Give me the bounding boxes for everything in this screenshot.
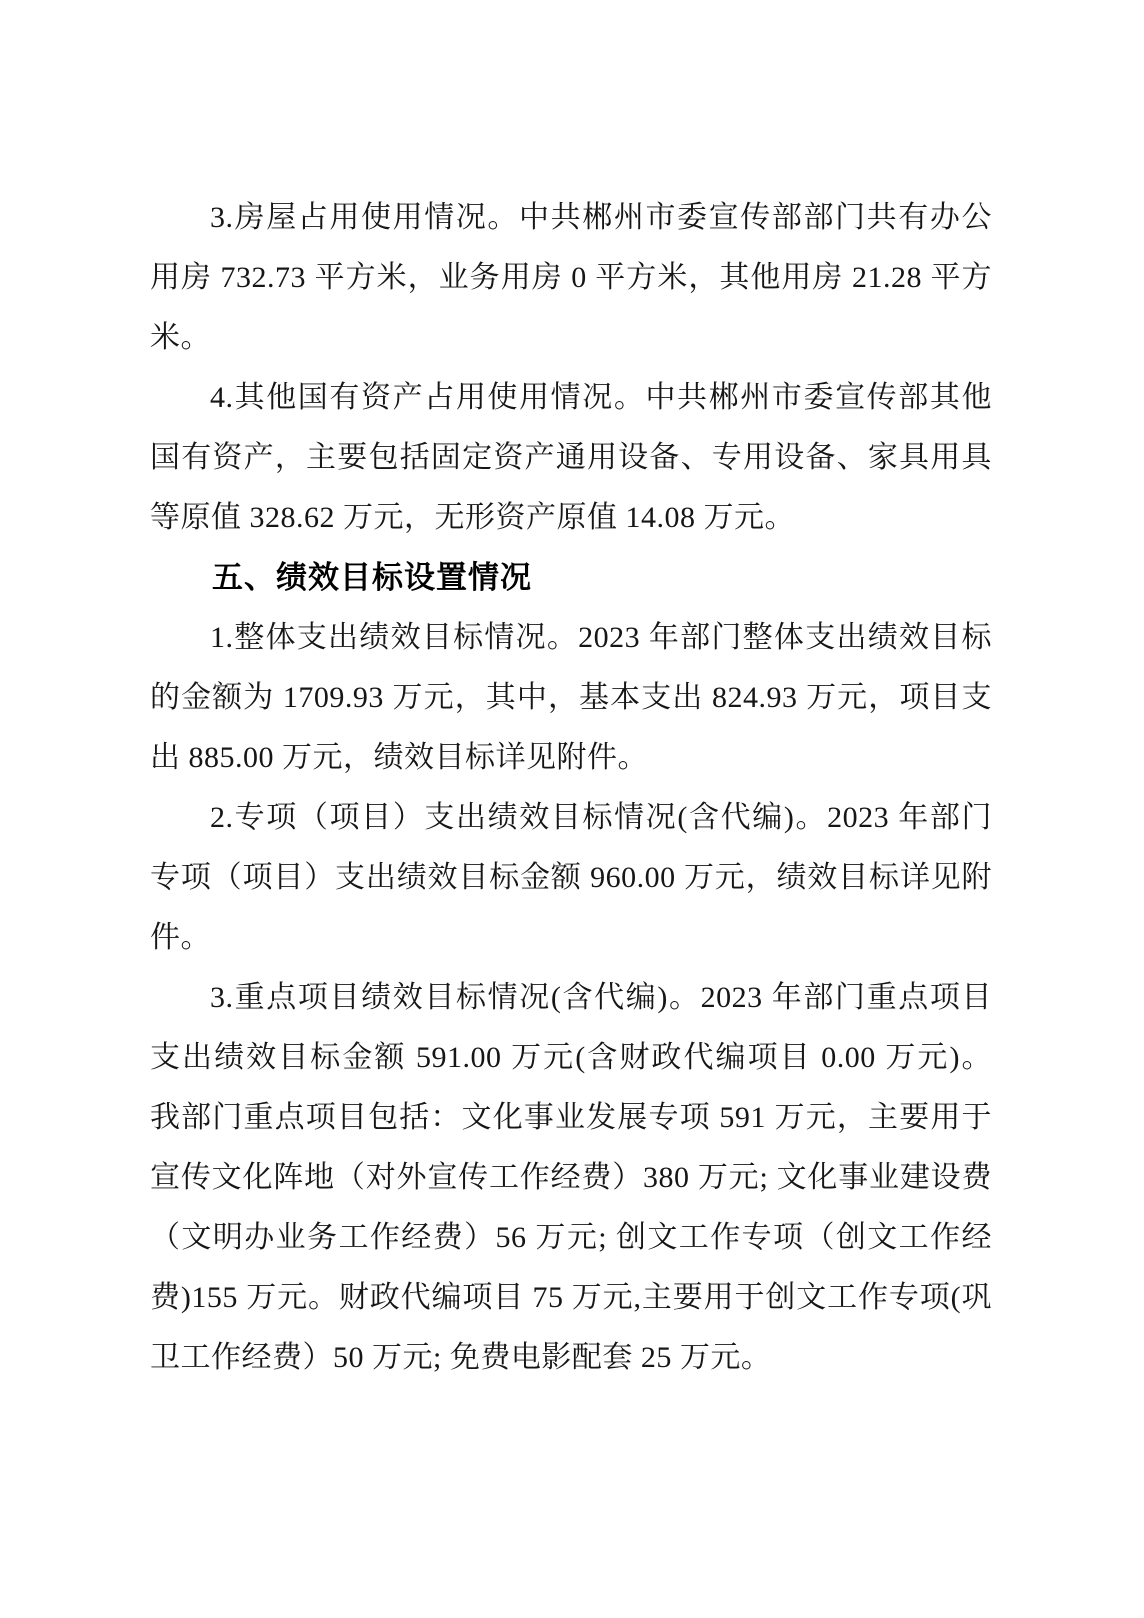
para-other-assets-line-2: 国有资产，主要包括固定资产通用设备、专用设备、家具用具: [150, 428, 992, 488]
para-key-projects-line-7: 卫工作经费）50 万元; 免费电影配套 25 万元。: [150, 1328, 992, 1388]
para-key-projects-line-6: 费)155 万元。财政代编项目 75 万元,主要用于创文工作专项(巩: [150, 1268, 992, 1328]
document-page: 3.房屋占用使用情况。中共郴州市委宣传部部门共有办公 用房 732.73 平方米…: [0, 0, 1144, 1618]
para-overall-target-line-3: 出 885.00 万元，绩效目标详见附件。: [150, 728, 992, 788]
para-special-target-line-1: 2.专项（项目）支出绩效目标情况(含代编)。2023 年部门: [150, 788, 992, 848]
para-overall-target-line-2: 的金额为 1709.93 万元，其中，基本支出 824.93 万元，项目支: [150, 668, 992, 728]
para-key-projects-line-1: 3.重点项目绩效目标情况(含代编)。2023 年部门重点项目: [150, 968, 992, 1028]
para-key-projects-line-3: 我部门重点项目包括：文化事业发展专项 591 万元，主要用于: [150, 1088, 992, 1148]
para-key-projects-line-4: 宣传文化阵地（对外宣传工作经费）380 万元; 文化事业建设费: [150, 1148, 992, 1208]
para-housing-line-2: 用房 732.73 平方米，业务用房 0 平方米，其他用房 21.28 平方: [150, 248, 992, 308]
para-special-target-line-3: 件。: [150, 908, 992, 968]
para-other-assets-line-3: 等原值 328.62 万元，无形资产原值 14.08 万元。: [150, 488, 992, 548]
para-special-target-line-2: 专项（项目）支出绩效目标金额 960.00 万元，绩效目标详见附: [150, 848, 992, 908]
para-key-projects-line-2: 支出绩效目标金额 591.00 万元(含财政代编项目 0.00 万元)。: [150, 1028, 992, 1088]
para-housing-line-1: 3.房屋占用使用情况。中共郴州市委宣传部部门共有办公: [150, 188, 992, 248]
para-other-assets-line-1: 4.其他国有资产占用使用情况。中共郴州市委宣传部其他: [150, 368, 992, 428]
para-key-projects-line-5: （文明办业务工作经费）56 万元; 创文工作专项（创文工作经: [150, 1208, 992, 1268]
para-housing-line-3: 米。: [150, 308, 992, 368]
para-overall-target-line-1: 1.整体支出绩效目标情况。2023 年部门整体支出绩效目标: [150, 608, 992, 668]
text-block: 3.房屋占用使用情况。中共郴州市委宣传部部门共有办公 用房 732.73 平方米…: [150, 188, 992, 1388]
section-heading: 五、绩效目标设置情况: [150, 548, 992, 608]
